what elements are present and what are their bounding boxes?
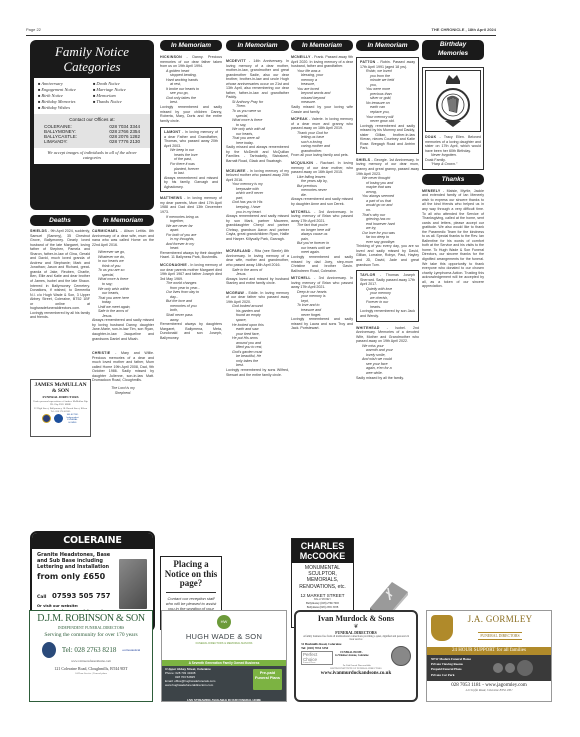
ad-supervision: Under personal supervision of Andrew McM… — [33, 400, 88, 406]
robinson-serving: Serving the community for over 170 years — [32, 631, 150, 640]
category-item: Memoriam — [93, 93, 146, 99]
murdock-description: A family business free from all multinat… — [298, 635, 414, 641]
notice-shiels: SHIELS - Georgie. 1st Anniversary. In lo… — [356, 158, 419, 176]
memoriam-column-6: In Memoriam PATTON - Robin. Passed away … — [356, 40, 419, 383]
publication-date: THE CHRONICLE , 18th April 2024 — [431, 27, 496, 32]
verse-mcquilkin: Like falling leavesthe years slip by,But… — [291, 175, 353, 198]
notice-mitchell-1: MITCHELL - 3rd Anniversary. In loving me… — [291, 210, 353, 224]
ad-title: COLERAINE MEMORIALS — [32, 533, 153, 549]
notice-carmichael: CARMICHAEL - Alison Letitia. 8th Anniver… — [92, 229, 154, 247]
memoriam-column-3: In Memoriam HICKINSON - Danny. Precious … — [160, 40, 222, 343]
closing-mcfarland: Always loved and missed by husband Stanl… — [226, 277, 289, 286]
verse-mcfarland: Safe in the arms ofJesus. — [226, 268, 289, 277]
ad-address: 22 High Street, Ballymoney 18 Church Str… — [33, 407, 88, 413]
ad-subtitle: FUNERAL DIRECTORS — [33, 395, 88, 399]
closing-whitehead: Sadly missed by all the family. — [356, 376, 419, 381]
in-memoriam-header: In Memoriam — [92, 215, 154, 226]
robinson-address: 121 Coleraine Road, Cloughmills, BT44 9D… — [32, 666, 150, 671]
in-memoriam-header: In Memoriam — [356, 40, 419, 51]
categories-title-1: Family Notice — [34, 44, 150, 59]
funeral-home-address: 2a Windsor Avenue, Coleraine — [335, 654, 369, 657]
ornament-icon: ❦ — [298, 624, 414, 631]
robinson-footer: 24 Hour Service | Funeral plans — [32, 672, 150, 675]
badge-icon — [517, 660, 533, 676]
badge-icon — [505, 663, 515, 673]
contact-heading: Contact our Offices at: — [40, 117, 144, 122]
thanks-header: Thanks — [422, 174, 484, 185]
verse-mcpeak: Thank your God forletting us havesuch a … — [291, 131, 353, 154]
notice-meneely: MENEELY - Maisie, Myrtle, Jackie and ext… — [422, 189, 484, 289]
page-header: Page 22 THE CHRONICLE , 18th April 2024 — [26, 26, 496, 35]
notice-mitchell-2: MITCHELL - 3rd Anniversary. In loving me… — [291, 276, 353, 290]
office-row: LIMAVADY:028 7776 2130 — [40, 139, 144, 144]
closing-mcquilkin: Always remembered and sadly missed by da… — [291, 197, 353, 206]
placing-title: Placing a Notice on this page? — [164, 560, 218, 589]
closing-mcneilly: Sadly missed by your loving wife Cassie … — [291, 105, 353, 114]
notice-mcelwee: MCELWEE - In loving memory of my beloved… — [226, 169, 289, 183]
verse-mcdevitt: St Anthony Pray forThem.To us you were s… — [226, 100, 289, 145]
robinson-crest-icon — [42, 642, 56, 658]
gormley-banner: 24 HOUR SUPPORT for all families — [427, 647, 551, 655]
notice-lamont: LAMONT - In loving memory of a dear Fath… — [160, 127, 222, 192]
robinson-phone[interactable]: Tel: 028 2763 8218 — [62, 646, 117, 654]
verse-mcconaghie: The world changesfrom year to year...Our… — [160, 281, 222, 322]
closing-mcelwee: Always remembered and sadly missed by so… — [226, 214, 289, 241]
notice-doak: DOAK - Tracy Ellen. Beloved memories of … — [422, 67, 484, 170]
closing-mitchell-1: Lovingly remembered and sadly missed by … — [291, 255, 353, 273]
in-memoriam-header: In Memoriam — [226, 40, 289, 51]
hugh-wade-contact: 3 Upper Abbey Street, Coleraine Phone: 0… — [165, 668, 247, 688]
death-notice-shields: SHIELDS - 9th April 2024, suddenly, Samu… — [30, 229, 90, 320]
closing-mcconaghie: Remembered always by daughters Margaret,… — [160, 322, 222, 340]
ad-phone[interactable]: 07593 505 757 — [52, 592, 110, 600]
verse-carmichael: Wherever we go,Whatever we do,In our hea… — [92, 250, 154, 318]
mcmullan-ad[interactable]: JAMES McMULLAN & SON FUNERAL DIRECTORS U… — [30, 379, 91, 437]
memoriam-column-4: In Memoriam MCDEVITT - 14th Anniversary.… — [226, 40, 289, 380]
notice-matthews: MATTHEWS - In loving memory of my dear p… — [160, 196, 222, 214]
newspaper-page: Page 22 THE CHRONICLE , 18th April 2024 … — [26, 26, 496, 716]
categories-title-2: Categories — [34, 59, 150, 74]
ja-gormley-ad[interactable]: J.A. GORMLEY FUNERAL DIRECTORS 24 HOUR S… — [426, 610, 552, 702]
in-memoriam-header: In Memoriam — [160, 40, 222, 51]
page-number: Page 22 — [26, 27, 41, 32]
notice-mcquilkin: MCQUILKIN - Rachael. In loving memory of… — [291, 161, 353, 175]
perfect-choice-sub: Funeral Plans — [303, 662, 331, 664]
headstone-image — [119, 559, 147, 609]
notice-mcneilly: MCNEILLY - Frank. Passed away 9th April … — [291, 55, 353, 69]
header-rule — [26, 35, 496, 36]
closing-matthews: Remembered always by their daughter Haze… — [160, 251, 222, 260]
murdock-website[interactable]: www.ivanmurdockandsons.co.uk — [298, 671, 414, 676]
category-item: Thanks Notice — [93, 99, 146, 105]
categories-list: Anniversary Death Notice Engagement Noti… — [34, 78, 150, 114]
mccooke-title: CHARLESMcCOOKE — [292, 539, 353, 563]
memoriam-column-5: In Memoriam MCNEILLY - Frank. Passed awa… — [291, 40, 353, 334]
in-memoriam-header: In Memoriam — [291, 40, 353, 51]
office-town: LIMAVADY: — [44, 139, 68, 144]
notice-mcdevitt: MCDEVITT - 14th Anniversary. In loving m… — [226, 59, 289, 100]
family-notice-categories: Family Notice Categories Anniversary Dea… — [30, 40, 154, 210]
murdock-title: Ivan Murdock & Sons — [298, 614, 414, 624]
hugh-wade-subtitle: FUNERAL DIRECTORS & MEMORIAL MASONS — [162, 642, 286, 645]
verse-mcelwee: Your memory is mykeepsake withwhich we'l… — [226, 182, 289, 214]
gormley-subtitle: FUNERAL DIRECTORS — [478, 632, 521, 640]
verse-whitehead: We miss yourwarmth and yourlovely smile,… — [356, 344, 419, 376]
closing-mcdevitt: Sadly missed and always remembered by th… — [226, 145, 289, 163]
perfect-choice-logo: Perfect Choice — [303, 652, 331, 662]
office-phone[interactable]: 028 7776 2130 — [109, 139, 140, 144]
category-item: Birth Notice — [38, 93, 91, 99]
harp-crown-emblem-icon — [425, 70, 481, 132]
deaths-header: Deaths — [30, 215, 90, 226]
robinson-website[interactable]: www.robinsonsfuneralhome.com — [32, 659, 150, 663]
livestream-footer: LIVE STREAMING AVAILABLE IN OUR FUNERAL … — [162, 698, 286, 702]
gormley-badges — [493, 657, 533, 679]
ad-name: & SON — [33, 388, 88, 394]
notice-mcconaghie: MCCONAGHIE - In loving memory of our dea… — [160, 263, 222, 281]
hugh-wade-ad[interactable]: HW HUGH WADE & SON FUNERAL DIRECTORS & M… — [161, 610, 287, 702]
category-item: Marriage Notice — [93, 87, 146, 93]
category-item: Engagement Notice — [38, 87, 91, 93]
verse-mitchell-2: Deep in our heartsyour memory iskept,To … — [291, 290, 353, 317]
category-item: Anniversary — [38, 81, 91, 87]
verse-shiels: We never thoughtof losing you andmaybe t… — [356, 176, 419, 244]
closing-mitchell-2: Lovingly remembered and sadly missed by … — [291, 317, 353, 331]
hugh-wade-logo-icon: HW — [217, 615, 231, 629]
ivan-murdock-ad[interactable]: Ivan Murdock & Sons ❦ FUNERAL DIRECTORS … — [294, 610, 418, 702]
verse-matthews: If memories bring ustogether,We are neve… — [160, 215, 222, 251]
gormley-address: 24 Cloyfin Road, Coleraine BT52 2NU — [427, 688, 551, 692]
notice-mcpeak: MCPEAK - Valerie. In loving memory of a … — [291, 117, 353, 131]
mccooke-town: BALLYMONEY — [292, 598, 353, 601]
hugh-wade-title: HUGH WADE & SON — [162, 632, 286, 641]
notice-patton: PATTON - Robin. Passed away 17th April 1… — [356, 57, 419, 154]
verse-mcgraw: God looked aroundhis garden andfound an … — [226, 304, 289, 368]
verse-hickinson: A golden heartstopped beating,Hard worki… — [160, 69, 222, 105]
lion-crest-icon — [391, 646, 411, 666]
badge-icon — [493, 663, 503, 673]
robinson-title: D.J.M. ROBINSON & SON — [32, 613, 150, 625]
robinson-partner: ecclesiastical — [122, 648, 140, 652]
birthday-thanks-column: BirthdayMemories DOAK - Tracy Ellen. Bel… — [422, 40, 484, 292]
contact-offices: Contact our Offices at: COLERAINE:028 70… — [34, 114, 150, 148]
robinson-ad[interactable]: D.J.M. ROBINSON & SON INDEPENDENT FUNERA… — [29, 610, 153, 702]
gormley-features: NEW Modern Funeral HomePrivate Viewing R… — [431, 657, 493, 679]
notice-whitehead: WHITEHEAD - Isobel. 2nd Anniversary. Mem… — [356, 326, 419, 344]
images-note: We accept images of individuals in all o… — [34, 148, 150, 164]
murdock-institute: BRITISH INSTITUTE OF FUNERAL DIRECTORS — [298, 667, 414, 670]
murdock-phone[interactable]: Tel: (028) 7034 3350 — [301, 646, 371, 650]
category-item: Birthday Memories — [38, 99, 91, 105]
call-label: Call — [37, 595, 46, 600]
notice-hickinson: HICKINSON - Danny. Precious memories of … — [160, 55, 222, 69]
prepaid-plans-badge: Pre-paid Funeral Plans — [253, 669, 282, 690]
notice-mcgraw: MCGRAW - Eddie. In loving memory of our … — [226, 291, 289, 305]
closing-mcgraw: Lovingly remembered by sons Wilfred, Ste… — [226, 368, 289, 377]
deaths-column: Deaths SHIELDS - 9th April 2024, suddenl… — [30, 215, 90, 323]
gormley-shield-icon — [431, 615, 453, 641]
ad-badge: SELECTED Independent FUNERAL HOMES — [66, 414, 80, 424]
hugh-wade-banner: A Seventh Generation Family Owned Busine… — [162, 660, 286, 666]
notice-christie: CHRISTIE - Mary and Willie. Precious mem… — [92, 351, 154, 383]
closing-hickinson: Lovingly remembered and sadly missed by … — [160, 105, 222, 123]
verse-mcneilly: Your life was ablessing, yourmemory atre… — [291, 69, 353, 105]
notice-mcfarland: MCFARLAND - Rita (nee Steele) 8th Annive… — [226, 249, 289, 267]
category-item: Death Notice — [93, 81, 146, 87]
closing-mcpeak: From all your loving family and pets. — [291, 153, 353, 158]
selected-badge-icon — [54, 414, 63, 423]
gormley-title: J.A. GORMLEY — [453, 614, 547, 624]
closing-carmichael: Always remembered and sadly missed by lo… — [92, 318, 154, 341]
mccooke-services: MONUMENTAL SCULPTOR, MEMORIALS, RENOVATI… — [292, 563, 353, 592]
crest-icon — [42, 414, 51, 423]
verse-mitchell-1: The fact that you'reno longer here willa… — [291, 223, 353, 255]
memoriam-column-2: In Memoriam CARMICHAEL - Alison Letitia.… — [92, 215, 154, 395]
birthday-memories-header: BirthdayMemories — [422, 40, 484, 60]
category-item: Birthday Wishes — [38, 105, 91, 111]
notice-taylor: TAYLOR - Thomas Joseph Sherrard. Sadly p… — [356, 270, 419, 321]
verse-christie: The Lord is myShepherd. — [92, 386, 154, 395]
closing-shiels: Thinking of you every day, you are so lo… — [356, 244, 419, 267]
